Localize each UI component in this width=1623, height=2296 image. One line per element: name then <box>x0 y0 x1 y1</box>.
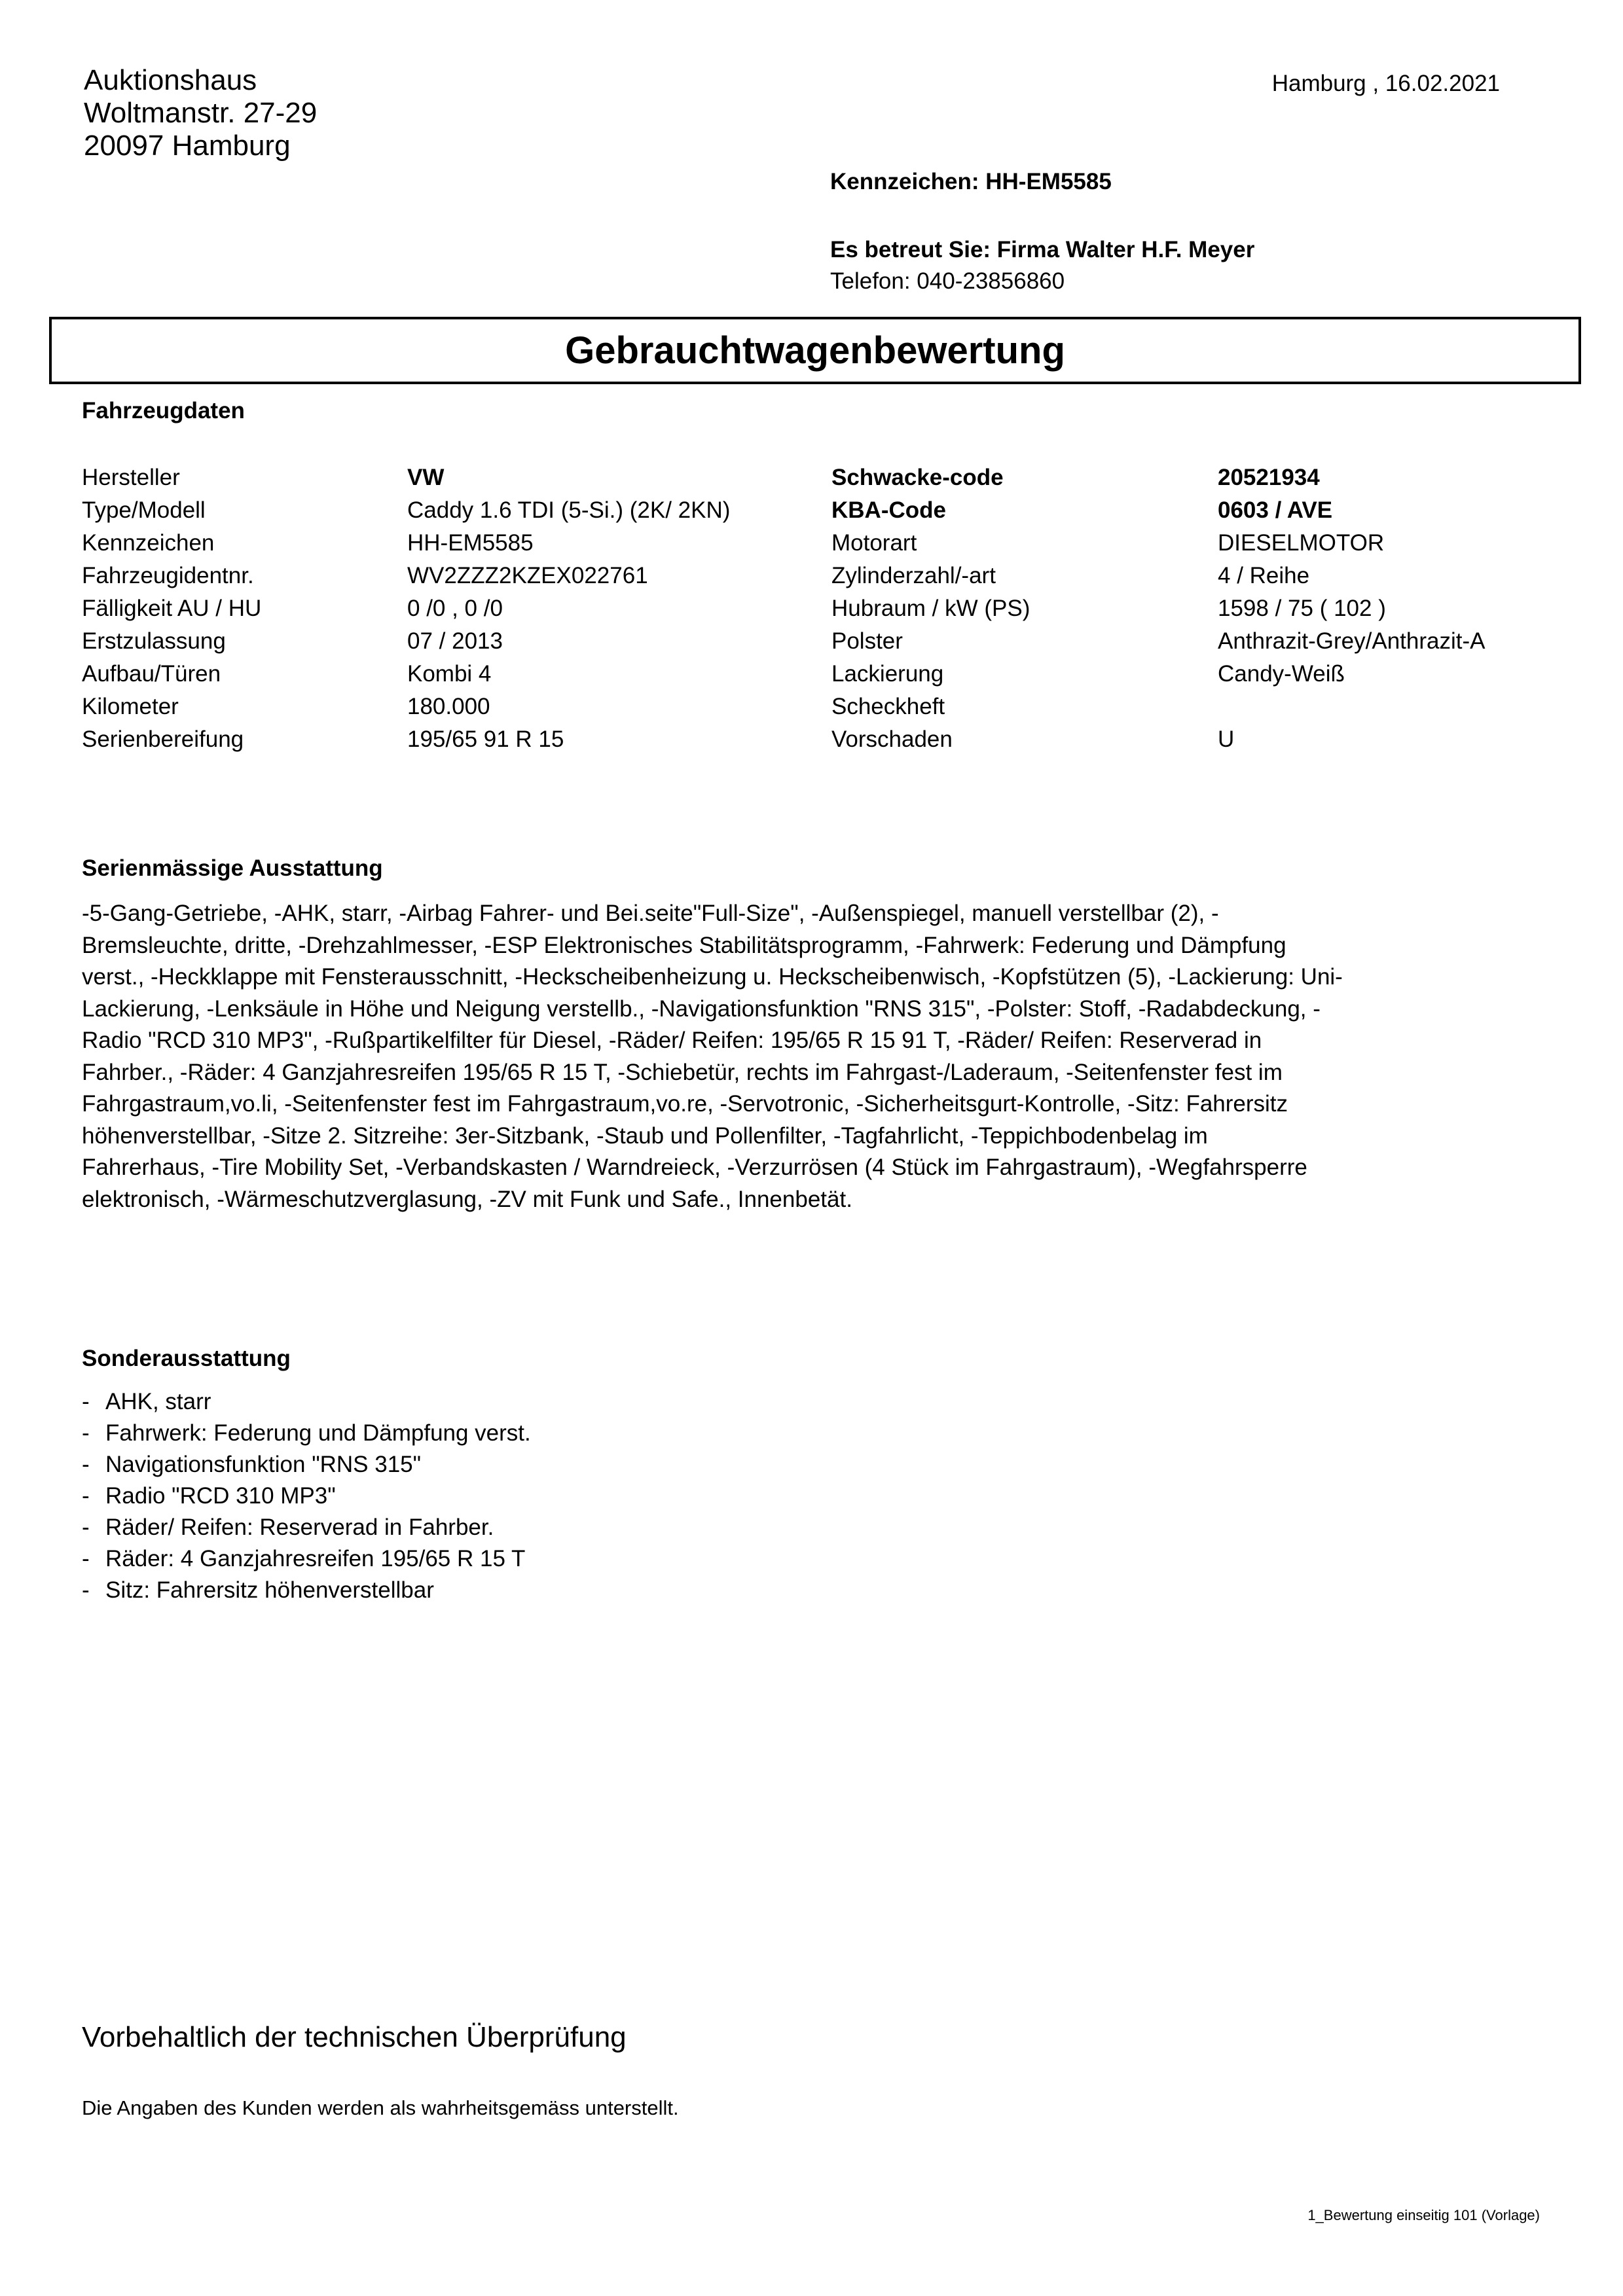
special-equipment-heading: Sonderausstattung <box>82 1346 291 1372</box>
table-row: Aufbau/TürenKombi 4LackierungCandy-Weiß <box>82 658 1555 691</box>
equipment-line: Fahrgastraum,vo.li, -Seitenfenster fest … <box>82 1088 1542 1121</box>
field-value: 1598 / 75 ( 102 ) <box>1218 592 1386 625</box>
equipment-line: -5-Gang-Getriebe, -AHK, starr, -Airbag F… <box>82 898 1542 930</box>
contact-block: Es betreut Sie: Firma Walter H.F. Meyer … <box>830 234 1254 297</box>
table-row: Type/ModellCaddy 1.6 TDI (5-Si.) (2K/ 2K… <box>82 494 1555 527</box>
field-label: Scheckheft <box>831 691 945 723</box>
list-item: -Navigationsfunktion "RNS 315" <box>82 1449 531 1480</box>
form-id: 1_Bewertung einseitig 101 (Vorlage) <box>1307 2207 1540 2224</box>
field-value: U <box>1218 723 1234 756</box>
field-label: Type/Modell <box>82 494 206 527</box>
table-row: KennzeichenHH-EM5585MotorartDIESELMOTOR <box>82 527 1555 560</box>
equipment-line: Fahrber., -Räder: 4 Ganzjahresreifen 195… <box>82 1057 1542 1089</box>
list-item-text: Fahrwerk: Federung und Dämpfung verst. <box>105 1418 531 1449</box>
field-value: Kombi 4 <box>407 658 491 691</box>
field-label: Motorart <box>831 527 917 560</box>
document-title: Gebrauchtwagenbewertung <box>565 329 1065 372</box>
equipment-line: Radio "RCD 310 MP3", -Rußpartikelfilter … <box>82 1025 1542 1057</box>
date-line: Hamburg , 16.02.2021 <box>1272 71 1500 97</box>
vehicle-data-table: HerstellerVWSchwacke-code20521934Type/Mo… <box>82 461 1555 756</box>
sender-name: Auktionshaus <box>84 64 317 97</box>
field-value: Anthrazit-Grey/Anthrazit-A <box>1218 625 1485 658</box>
sender-city: 20097 Hamburg <box>84 130 317 162</box>
disclaimer-note: Die Angaben des Kunden werden als wahrhe… <box>82 2096 679 2120</box>
list-item-text: Sitz: Fahrersitz höhenverstellbar <box>105 1575 434 1606</box>
special-equipment-list: -AHK, starr-Fahrwerk: Federung und Dämpf… <box>82 1386 531 1606</box>
bullet-dash: - <box>82 1575 105 1606</box>
field-value: 195/65 91 R 15 <box>407 723 564 756</box>
field-label: Hersteller <box>82 461 180 494</box>
field-label: KBA-Code <box>831 494 946 527</box>
field-value: VW <box>407 461 444 494</box>
table-row: Fälligkeit AU / HU0 /0 , 0 /0Hubraum / k… <box>82 592 1555 625</box>
bullet-dash: - <box>82 1512 105 1543</box>
field-value: 07 / 2013 <box>407 625 503 658</box>
contact-phone: Telefon: 040-23856860 <box>830 266 1254 297</box>
bullet-dash: - <box>82 1480 105 1512</box>
field-label: Kilometer <box>82 691 179 723</box>
sender-address: Auktionshaus Woltmanstr. 27-29 20097 Ham… <box>84 64 317 162</box>
list-item: -AHK, starr <box>82 1386 531 1418</box>
field-value: 0603 / AVE <box>1218 494 1332 527</box>
field-value: 4 / Reihe <box>1218 560 1309 592</box>
bullet-dash: - <box>82 1543 105 1575</box>
equipment-line: verst., -Heckklappe mit Fensterausschnit… <box>82 961 1542 994</box>
sender-street: Woltmanstr. 27-29 <box>84 97 317 130</box>
equipment-line: Bremsleuchte, dritte, -Drehzahlmesser, -… <box>82 930 1542 962</box>
list-item: -Räder/ Reifen: Reserverad in Fahrber. <box>82 1512 531 1543</box>
field-label: Schwacke-code <box>831 461 1004 494</box>
list-item: -Radio "RCD 310 MP3" <box>82 1480 531 1512</box>
list-item: -Fahrwerk: Federung und Dämpfung verst. <box>82 1418 531 1449</box>
field-value: DIESELMOTOR <box>1218 527 1384 560</box>
vehicle-data-heading: Fahrzeugdaten <box>82 398 245 424</box>
contact-person: Es betreut Sie: Firma Walter H.F. Meyer <box>830 234 1254 266</box>
equipment-line: Lackierung, -Lenksäule in Höhe und Neigu… <box>82 994 1542 1026</box>
field-value: 20521934 <box>1218 461 1320 494</box>
field-label: Aufbau/Türen <box>82 658 221 691</box>
field-label: Zylinderzahl/-art <box>831 560 996 592</box>
field-label: Erstzulassung <box>82 625 226 658</box>
equipment-line: höhenverstellbar, -Sitze 2. Sitzreihe: 3… <box>82 1121 1542 1153</box>
equipment-line: elektronisch, -Wärmeschutzverglasung, -Z… <box>82 1184 1542 1216</box>
title-box: Gebrauchtwagenbewertung <box>49 317 1581 384</box>
kennzeichen-line: Kennzeichen: HH-EM5585 <box>830 169 1112 195</box>
list-item-text: Radio "RCD 310 MP3" <box>105 1480 336 1512</box>
field-label: Fahrzeugidentnr. <box>82 560 254 592</box>
field-label: Lackierung <box>831 658 943 691</box>
table-row: Erstzulassung07 / 2013PolsterAnthrazit-G… <box>82 625 1555 658</box>
bullet-dash: - <box>82 1386 105 1418</box>
field-label: Polster <box>831 625 903 658</box>
bullet-dash: - <box>82 1418 105 1449</box>
field-label: Vorschaden <box>831 723 953 756</box>
list-item: -Sitz: Fahrersitz höhenverstellbar <box>82 1575 531 1606</box>
field-label: Fälligkeit AU / HU <box>82 592 261 625</box>
field-value: 0 /0 , 0 /0 <box>407 592 503 625</box>
field-value: WV2ZZZ2KZEX022761 <box>407 560 648 592</box>
field-label: Kennzeichen <box>82 527 214 560</box>
equipment-line: Fahrerhaus, -Tire Mobility Set, -Verband… <box>82 1152 1542 1184</box>
disclaimer-heading: Vorbehaltlich der technischen Überprüfun… <box>82 2021 627 2054</box>
field-value: 180.000 <box>407 691 490 723</box>
table-row: Kilometer180.000Scheckheft <box>82 691 1555 723</box>
field-value: Caddy 1.6 TDI (5-Si.) (2K/ 2KN) <box>407 494 730 527</box>
field-label: Hubraum / kW (PS) <box>831 592 1030 625</box>
field-label: Serienbereifung <box>82 723 244 756</box>
table-row: Fahrzeugidentnr.WV2ZZZ2KZEX022761Zylinde… <box>82 560 1555 592</box>
table-row: Serienbereifung195/65 91 R 15VorschadenU <box>82 723 1555 756</box>
standard-equipment-text: -5-Gang-Getriebe, -AHK, starr, -Airbag F… <box>82 898 1542 1215</box>
field-value: HH-EM5585 <box>407 527 534 560</box>
list-item: -Räder: 4 Ganzjahresreifen 195/65 R 15 T <box>82 1543 531 1575</box>
list-item-text: Navigationsfunktion "RNS 315" <box>105 1449 421 1480</box>
list-item-text: Räder/ Reifen: Reserverad in Fahrber. <box>105 1512 494 1543</box>
list-item-text: Räder: 4 Ganzjahresreifen 195/65 R 15 T <box>105 1543 525 1575</box>
list-item-text: AHK, starr <box>105 1386 211 1418</box>
field-value: Candy-Weiß <box>1218 658 1345 691</box>
table-row: HerstellerVWSchwacke-code20521934 <box>82 461 1555 494</box>
standard-equipment-heading: Serienmässige Ausstattung <box>82 855 383 882</box>
bullet-dash: - <box>82 1449 105 1480</box>
